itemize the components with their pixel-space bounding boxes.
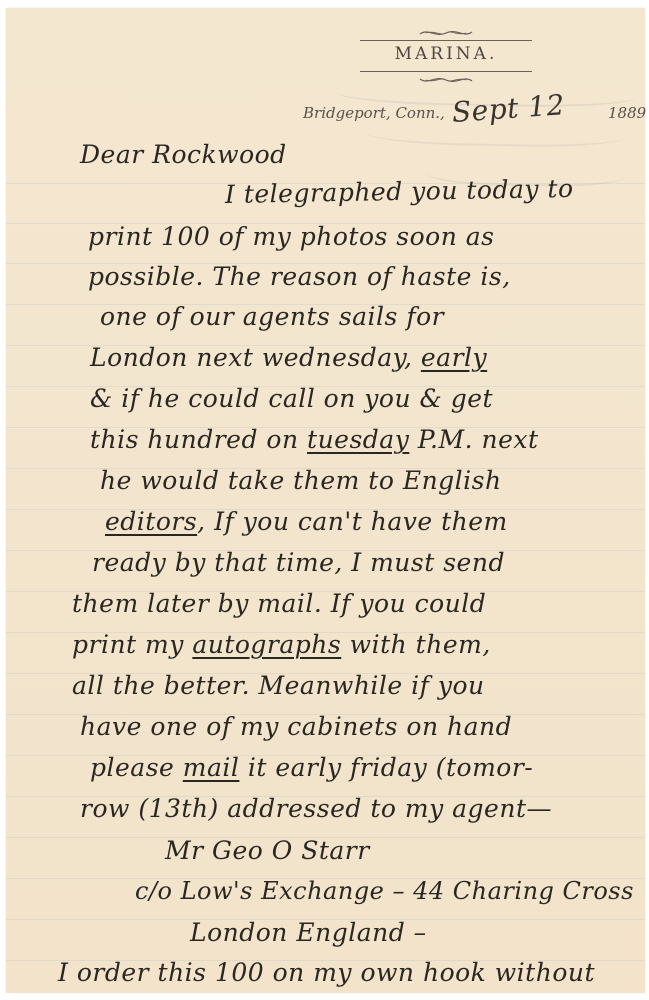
letter-line: & if he could call on you & get [90,384,493,413]
salutation: Dear Rockwood [80,140,287,169]
underlined-word: editors [105,507,197,536]
letterhead-name: MARINA. [360,44,532,64]
letter-line: have one of my cabinets on hand [80,712,512,741]
letterhead-year: 1889 [608,104,646,122]
letter-line: he would take them to English [100,466,502,495]
letter-line: please mail it early friday (tomor- [90,753,533,782]
letter-line: print my autographs with them, [72,630,491,659]
letter-line-text: P.M. next [409,425,538,454]
letter-line-text: London next wednesday, [90,343,421,372]
letterhead-flourish-top-icon [418,28,474,38]
underlined-word: early [421,343,487,372]
letter-line: possible. The reason of haste is, [88,262,511,291]
underlined-word: autographs [192,630,341,659]
letter-line: print 100 of my photos soon as [88,222,494,251]
letter-line-text: with them, [341,630,491,659]
letterhead-place: Bridgeport, Conn., [303,104,445,122]
letter-line: one of our agents sails for [100,302,444,331]
letter-line-text: , If you can't have them [197,507,508,536]
letter-line: this hundred on tuesday P.M. next [90,425,539,454]
letter-line: I telegraphed you today to [225,174,574,209]
letterhead-flourish-bottom-icon [418,75,474,85]
letter-line: ready by that time, I must send [92,548,505,577]
letter-line-text: print my [72,630,192,659]
letter-line: all the better. Meanwhile if you [72,671,485,700]
underlined-word: tuesday [307,425,409,454]
letter-line-text: it early friday (tomor- [239,753,533,782]
address-line-1: c/o Low's Exchange – 44 Charing Cross [135,877,634,905]
letter-line: row (13th) addressed to my agent— [80,794,552,823]
letter-line: them later by mail. If you could [72,589,486,618]
letter-line: London next wednesday, early [90,343,487,372]
closing-line: I order this 100 on my own hook without [58,958,595,987]
address-line-2: London England – [190,918,427,947]
letter-line-text: please [90,753,183,782]
address-name: Mr Geo O Starr [165,836,370,865]
letter-line-text: this hundred on [90,425,307,454]
letter-line: editors, If you can't have them [105,507,508,536]
underlined-word: mail [183,753,240,782]
